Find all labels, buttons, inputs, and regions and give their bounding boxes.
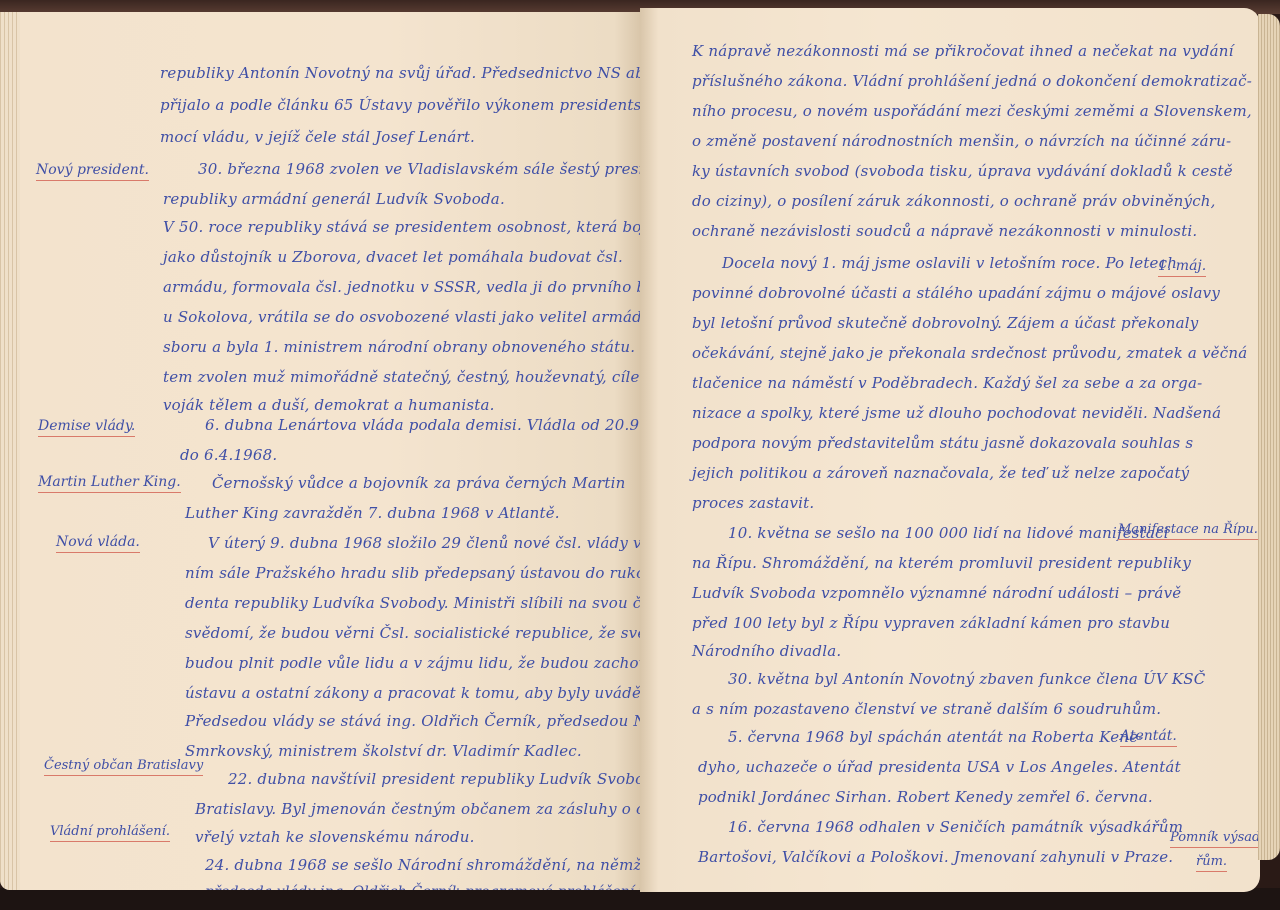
text-line: dyho, uchazeče o úřad presidenta USA v L…	[698, 758, 1181, 776]
text-line: sboru a byla 1. ministrem národní obrany…	[163, 338, 640, 356]
text-line: předseda vlády ing. Oldřich Černík progr…	[205, 884, 640, 890]
text-line: byl letošní průvod skutečně dobrovolný. …	[692, 314, 1198, 332]
margin-note-demise-vlady: Demise vlády.	[38, 418, 135, 437]
text-line: 5. června 1968 byl spáchán atentát na Ro…	[728, 728, 1143, 746]
right-page-edge-stack	[1258, 14, 1280, 860]
text-line: u Sokolova, vrátila se do osvobozené vla…	[163, 308, 640, 326]
text-line: V 50. roce republiky stává se presidente…	[163, 218, 640, 236]
text-line: podpora novým představitelům státu jasně…	[692, 434, 1193, 452]
text-line: na Řípu. Shromáždění, na kterém promluvi…	[692, 554, 1191, 572]
text-line: denta republiky Ludvíka Svobody. Ministř…	[185, 594, 640, 612]
text-line: Národního divadla.	[692, 642, 841, 660]
text-line: ochraně nezávislosti soudců a nápravě ne…	[692, 222, 1197, 240]
text-line: 30. března 1968 zvolen ve Vladislavském …	[198, 160, 640, 178]
text-line: Bartošovi, Valčíkovi a Pološkovi. Jmenov…	[698, 848, 1173, 866]
text-line: příslušného zákona. Vládní prohlášení je…	[692, 72, 1252, 90]
left-page-edge-stack	[0, 12, 20, 890]
text-line: ním sále Pražského hradu slib předepsaný…	[185, 564, 640, 582]
text-line: republiky Antonín Novotný na svůj úřad. …	[160, 64, 640, 82]
text-line: V úterý 9. dubna 1968 složilo 29 členů n…	[208, 534, 640, 552]
text-line: Ludvík Svoboda vzpomnělo významné národn…	[692, 584, 1181, 602]
text-line: očekávání, stejně jako je překonala srde…	[692, 344, 1247, 362]
text-line: 24. dubna 1968 se sešlo Národní shromážd…	[205, 856, 640, 874]
text-line: a s ním pozastaveno členství ve straně d…	[692, 700, 1161, 718]
margin-note-nova-vlada: Nová vláda.	[56, 534, 140, 553]
text-line: přijalo a podle článku 65 Ústavy pověřil…	[160, 96, 640, 114]
right-page: K nápravě nezákonnosti má se přikročovat…	[640, 8, 1260, 892]
text-line: Luther King zavražděn 7. dubna 1968 v At…	[185, 504, 560, 522]
text-line: Černošský vůdce a bojovník za práva čern…	[212, 474, 625, 492]
text-line: proces zastavit.	[692, 494, 814, 512]
text-line: ního procesu, o novém uspořádání mezi če…	[692, 102, 1252, 120]
text-line: Docela nový 1. máj jsme oslavili v letoš…	[722, 254, 1177, 272]
text-line: jako důstojník u Zborova, dvacet let pom…	[163, 248, 623, 266]
margin-note-pomnik-vysadkarum-cont: řům.	[1196, 854, 1227, 872]
text-line: jejich politikou a zároveň naznačovala, …	[692, 464, 1189, 482]
text-line: budou plnit podle vůle lidu a v zájmu li…	[185, 654, 640, 672]
text-line: tem zvolen muž mimořádně statečný, čestn…	[163, 368, 640, 386]
text-line: svědomí, že budou věrni Čsl. socialistic…	[185, 624, 640, 642]
text-line: do 6.4.1968.	[180, 446, 277, 464]
margin-note-cestny-obcan: Čestný občan Bratislavy	[44, 758, 203, 776]
text-line: armádu, formovala čsl. jednotku v SSSR, …	[163, 278, 640, 296]
text-line: ústavu a ostatní zákony a pracovat k tom…	[185, 684, 640, 702]
margin-note-vladni-prohlaseni: Vládní prohlášení.	[50, 824, 170, 842]
text-line: před 100 lety byl z Řípu vypraven základ…	[692, 614, 1170, 632]
text-line: 16. června 1968 odhalen v Seničích památ…	[728, 818, 1183, 836]
margin-note-novy-president: Nový president.	[36, 162, 149, 181]
text-line: 6. dubna Lenártova vláda podala demisi. …	[205, 416, 640, 434]
margin-note-1-maj: 1. máj.	[1158, 258, 1206, 277]
text-line: Smrkovský, ministrem školství dr. Vladim…	[185, 742, 582, 760]
text-line: mocí vládu, v jejíž čele stál Josef Lená…	[160, 128, 475, 146]
text-line: do ciziny), o posílení záruk zákonnosti,…	[692, 192, 1216, 210]
text-line: povinné dobrovolné účasti a stálého upad…	[692, 284, 1220, 302]
text-line: o změně postavení národnostních menšin, …	[692, 132, 1231, 150]
text-line: 22. dubna navštívil president republiky …	[228, 770, 640, 788]
text-line: Bratislavy. Byl jmenován čestným občanem…	[195, 800, 640, 818]
text-line: republiky armádní generál Ludvík Svoboda…	[163, 190, 505, 208]
text-line: tlačenice na náměstí v Poděbradech. Každ…	[692, 374, 1202, 392]
text-line: 10. května se sešlo na 100 000 lidí na l…	[728, 524, 1169, 542]
margin-note-martin-luther-king: Martin Luther King.	[38, 474, 181, 493]
left-page: republiky Antonín Novotný na svůj úřad. …	[0, 12, 640, 890]
text-line: Předsedou vlády se stává ing. Oldřich Če…	[185, 712, 640, 730]
text-line: voják tělem a duší, demokrat a humanista…	[163, 396, 495, 414]
margin-note-manifestace-na-ripu: Manifestace na Řípu.	[1118, 522, 1258, 540]
margin-note-pomnik-vysadkarum: Pomník výsadká-	[1170, 830, 1260, 848]
text-line: ky ústavních svobod (svoboda tisku, úpra…	[692, 162, 1233, 180]
text-line: 30. května byl Antonín Novotný zbaven fu…	[728, 670, 1205, 688]
text-line: podnikl Jordánec Sirhan. Robert Kenedy z…	[698, 788, 1153, 806]
text-line: nizace a spolky, které jsme už dlouho po…	[692, 404, 1221, 422]
text-line: K nápravě nezákonnosti má se přikročovat…	[692, 42, 1234, 60]
text-line: vřelý vztah ke slovenskému národu.	[195, 828, 475, 846]
margin-note-atentat: Atentát.	[1120, 728, 1177, 747]
